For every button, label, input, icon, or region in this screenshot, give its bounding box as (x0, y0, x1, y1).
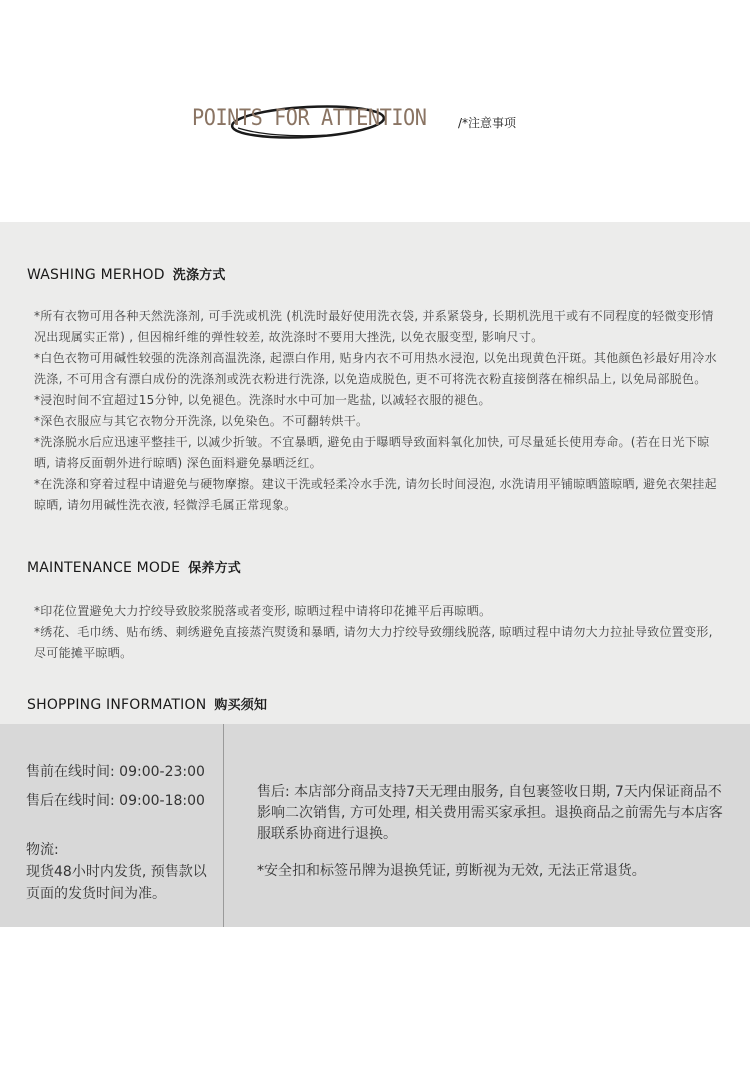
service-hours-column: 售前在线时间: 09:00-23:00 售后在线时间: 09:00-18:00 … (26, 761, 216, 905)
logistics-text: 现货48小时内发货, 预售款以页面的发货时间为准。 (26, 861, 216, 905)
list-item: *深色衣服应与其它衣物分开洗涤, 以免染色。不可翻转烘干。 (34, 411, 724, 432)
shopping-title-en: SHOPPING INFORMATION (27, 697, 206, 713)
washing-title: WASHING MERHOD洗涤方式 (27, 264, 226, 283)
list-item: *在洗涤和穿着过程中请避免与硬物摩擦。建议干洗或轻柔冷水手洗, 请勿长时间浸泡,… (34, 474, 724, 516)
list-item: *白色衣物可用碱性较强的洗涤剂高温洗涤, 起漂白作用, 贴身内衣不可用热水浸泡,… (34, 348, 724, 390)
presale-hours: 售前在线时间: 09:00-23:00 (26, 761, 216, 783)
shopping-info-table: 售前在线时间: 09:00-23:00 售后在线时间: 09:00-18:00 … (0, 724, 750, 927)
washing-title-en: WASHING MERHOD (27, 267, 165, 283)
maintenance-title: MAINTENANCE MODE保养方式 (27, 557, 241, 576)
maintenance-list: *印花位置避免大力拧绞导致胶浆脱落或者变形, 晾晒过程中请将印花摊平后再晾晒。 … (34, 601, 724, 664)
list-item: *印花位置避免大力拧绞导致胶浆脱落或者变形, 晾晒过程中请将印花摊平后再晾晒。 (34, 601, 724, 622)
washing-list: *所有衣物可用各种天然洗涤剂, 可手洗或机洗 (机洗时最好使用洗衣袋, 并系紧袋… (34, 306, 724, 516)
list-item: *洗涤脱水后应迅速平整挂干, 以减少折皱。不宜暴晒, 避免由于曝晒导致面料氧化加… (34, 432, 724, 474)
aftersale-hours: 售后在线时间: 09:00-18:00 (26, 790, 216, 812)
list-item: *绣花、毛巾绣、贴布绣、刺绣避免直接蒸汽熨烫和暴晒, 请勿大力拧绞导致绷线脱落,… (34, 622, 724, 664)
washing-title-cn: 洗涤方式 (173, 268, 226, 283)
list-item: *所有衣物可用各种天然洗涤剂, 可手洗或机洗 (机洗时最好使用洗衣袋, 并系紧袋… (34, 306, 724, 348)
shopping-title-cn: 购买须知 (214, 698, 267, 713)
logo: POINTS FOR ATTENTION (190, 100, 450, 142)
maintenance-title-cn: 保养方式 (188, 561, 241, 576)
return-policy-column: 售后: 本店部分商品支持7天无理由服务, 自包裹签收日期, 7天内保证商品不影响… (257, 782, 727, 882)
logistics-label: 物流: (26, 839, 216, 861)
shopping-title: SHOPPING INFORMATION购买须知 (27, 694, 267, 713)
care-section: WASHING MERHOD洗涤方式 *所有衣物可用各种天然洗涤剂, 可手洗或机… (0, 222, 750, 724)
aftersale-policy: 售后: 本店部分商品支持7天无理由服务, 自包裹签收日期, 7天内保证商品不影响… (257, 782, 727, 845)
maintenance-title-en: MAINTENANCE MODE (27, 560, 180, 576)
list-item: *浸泡时间不宜超过15分钟, 以免褪色。洗涤时水中可加一匙盐, 以减轻衣服的褪色… (34, 390, 724, 411)
logo-text: POINTS FOR ATTENTION (192, 106, 427, 131)
column-divider (223, 724, 224, 927)
tag-note: *安全扣和标签吊牌为退换凭证, 剪断视为无效, 无法正常退货。 (257, 861, 727, 882)
page-subtitle: /*注意事项 (458, 114, 516, 131)
header: POINTS FOR ATTENTION /*注意事项 (0, 0, 750, 222)
